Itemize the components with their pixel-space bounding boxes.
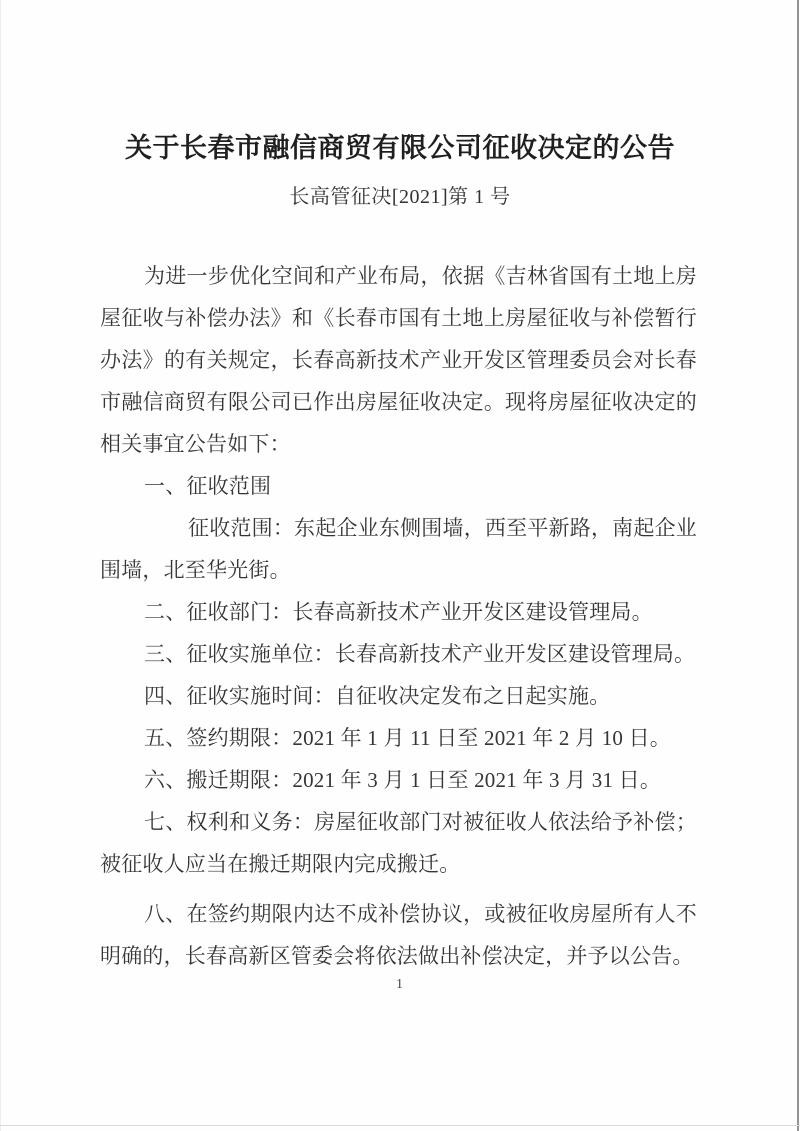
document-body: 为进一步优化空间和产业布局，依据《吉林省国有土地上房屋征收与补偿办法》和《长春市… <box>100 255 700 977</box>
item-8-paragraph: 八、在签约期限内达不成补偿协议，或被征收房屋所有人不明确的，长春高新区管委会将依… <box>100 893 697 977</box>
item-7-paragraph: 七、权利和义务：房屋征收部门对被征收人依法给予补偿；被征收人应当在搬迁期限内完成… <box>100 801 697 885</box>
document-content: 关于长春市融信商贸有限公司征收决定的公告 长高管征决[2021]第 1 号 为进… <box>100 130 700 977</box>
item-4-paragraph: 四、征收实施时间：自征收决定发布之日起实施。 <box>100 675 697 717</box>
item-1-detail: 征收范围：东起企业东侧围墙，西至平新路，南起企业围墙，北至华光街。 <box>100 507 697 591</box>
document-title: 关于长春市融信商贸有限公司征收决定的公告 <box>100 130 700 166</box>
item-2-paragraph: 二、征收部门：长春高新技术产业开发区建设管理局。 <box>100 591 697 633</box>
item-3-paragraph: 三、征收实施单位：长春高新技术产业开发区建设管理局。 <box>100 633 697 675</box>
scan-edge-left <box>0 0 1 1131</box>
document-number: 长高管征决[2021]第 1 号 <box>100 180 700 209</box>
scan-edge-bottom <box>0 1125 800 1126</box>
item-5-paragraph: 五、签约期限：2021 年 1 月 11 日至 2021 年 2 月 10 日。 <box>100 717 697 759</box>
intro-paragraph: 为进一步优化空间和产业布局，依据《吉林省国有土地上房屋征收与补偿办法》和《长春市… <box>100 255 697 465</box>
page-number: 1 <box>396 976 403 994</box>
scanned-document-page: 关于长春市融信商贸有限公司征收决定的公告 长高管征决[2021]第 1 号 为进… <box>0 0 800 1131</box>
item-6-paragraph: 六、搬迁期限：2021 年 3 月 1 日至 2021 年 3 月 31 日。 <box>100 759 697 801</box>
item-1-heading: 一、征收范围 <box>100 465 697 507</box>
scan-edge-right <box>797 0 799 1131</box>
